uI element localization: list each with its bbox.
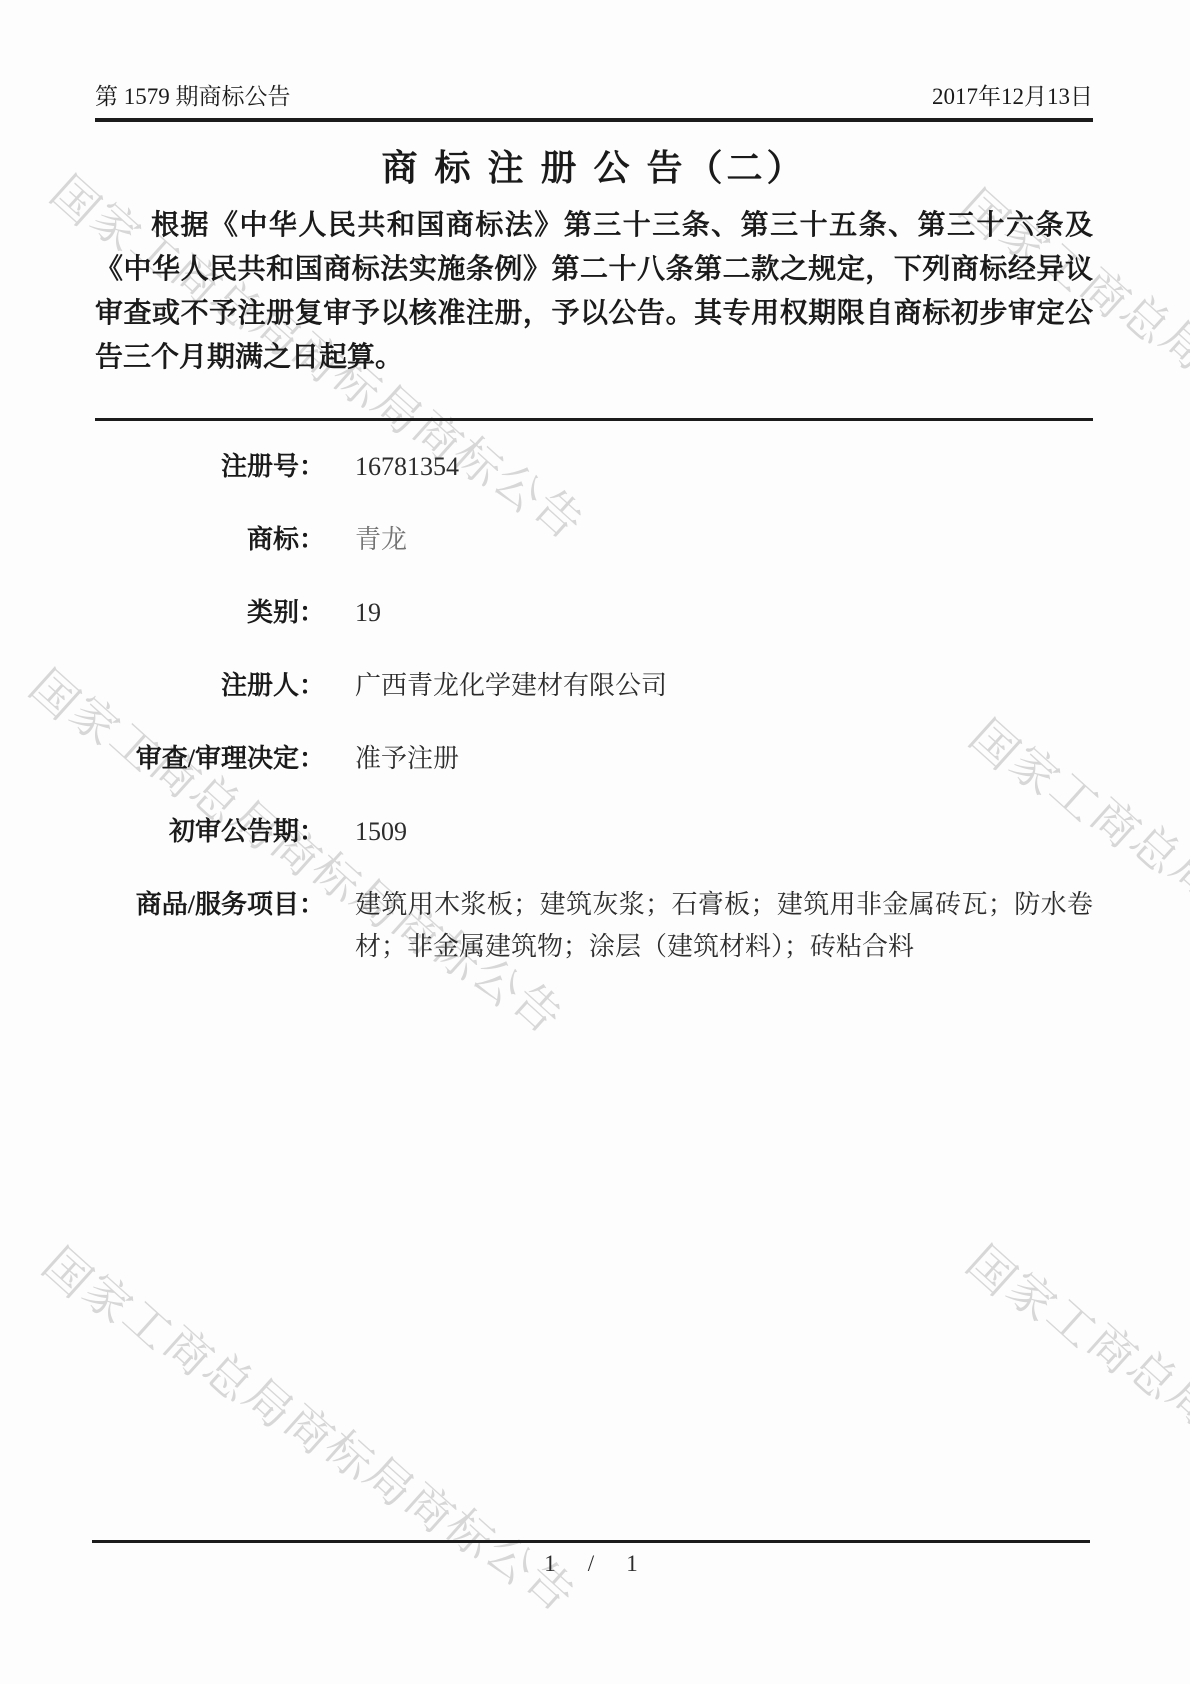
field-row-class: 类别： 19	[95, 592, 1093, 634]
field-row-preliminary-gazette: 初审公告期： 1509	[95, 811, 1093, 853]
registration-details: 注册号： 16781354 商标： 青龙 类别： 19 注册人： 广西青龙化学建…	[95, 429, 1093, 968]
field-label: 商品/服务项目：	[95, 884, 325, 968]
page-separator-slash: /	[588, 1551, 594, 1577]
page-number: 1 / 1	[92, 1551, 1090, 1577]
field-label: 审查/审理决定：	[95, 738, 325, 780]
preliminary-gazette-value: 1509	[355, 811, 1093, 853]
field-row-decision: 审查/审理决定： 准予注册	[95, 738, 1093, 780]
intro-paragraph: 根据《中华人民共和国商标法》第三十三条、第三十五条、第三十六条及《中华人民共和国…	[95, 204, 1093, 380]
field-label: 商标：	[95, 519, 325, 561]
field-row-trademark: 商标： 青龙	[95, 519, 1093, 561]
gazette-page: 国家工商总局商标局商标公告 国家工商总局商标局商标公告 国家工商总局商标局商标公…	[0, 0, 1190, 1684]
goods-services-value: 建筑用木浆板；建筑灰浆；石膏板；建筑用非金属砖瓦；防水卷材；非金属建筑物；涂层（…	[355, 884, 1093, 968]
page-total: 1	[626, 1551, 638, 1577]
field-row-registration-number: 注册号： 16781354	[95, 446, 1093, 488]
field-row-registrant: 注册人： 广西青龙化学建材有限公司	[95, 665, 1093, 707]
field-label: 初审公告期：	[95, 811, 325, 853]
class-value: 19	[355, 592, 1093, 634]
field-label: 类别：	[95, 592, 325, 634]
registrant-value: 广西青龙化学建材有限公司	[355, 665, 1093, 707]
trademark-name-value: 青龙	[355, 519, 1093, 561]
field-label: 注册号：	[95, 446, 325, 488]
running-header: 第 1579 期商标公告 2017年12月13日	[95, 0, 1093, 122]
page-content: 第 1579 期商标公告 2017年12月13日 商 标 注 册 公 告（二） …	[0, 0, 1190, 968]
gazette-issue-label: 第 1579 期商标公告	[95, 82, 291, 112]
gazette-date: 2017年12月13日	[932, 82, 1093, 112]
field-label: 注册人：	[95, 665, 325, 707]
field-row-goods-services: 商品/服务项目： 建筑用木浆板；建筑灰浆；石膏板；建筑用非金属砖瓦；防水卷材；非…	[95, 884, 1093, 968]
page-current: 1	[544, 1551, 556, 1577]
section-divider	[95, 418, 1093, 421]
decision-value: 准予注册	[355, 738, 1093, 780]
registration-number-value: 16781354	[355, 446, 1093, 488]
page-title: 商 标 注 册 公 告（二）	[95, 146, 1093, 190]
page-footer: 1 / 1	[92, 1540, 1090, 1684]
